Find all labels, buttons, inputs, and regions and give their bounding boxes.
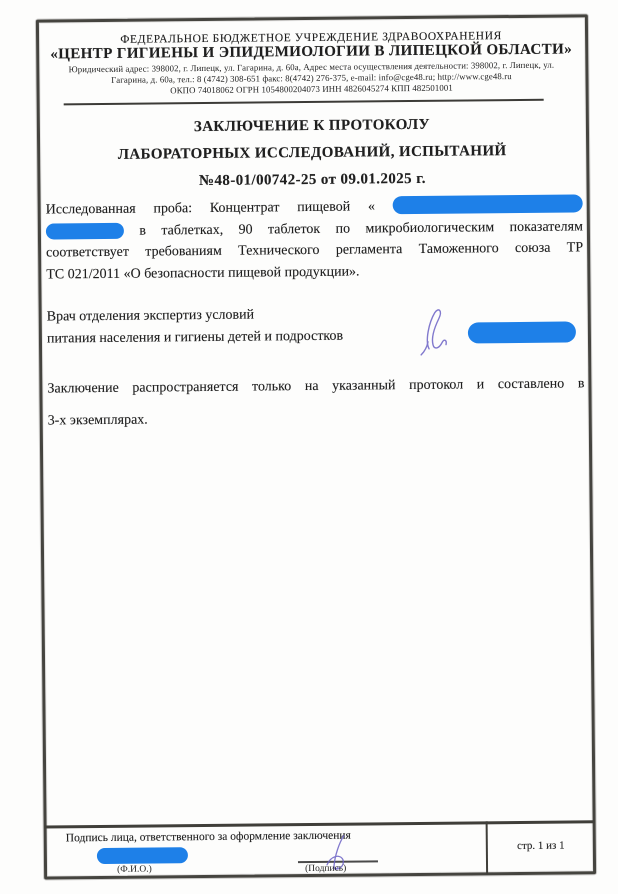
scanned-page: ФЕДЕРАЛЬНОЕ БЮДЖЕТНОЕ УЧРЕЖДЕНИЕ ЗДРАВОО…: [0, 0, 618, 894]
fio-caption: (Ф.И.О.): [117, 865, 152, 875]
conclusion-line-1-text: Исследованная проба: Концентрат пищевой …: [46, 199, 375, 217]
note-line-2: 3-х экземплярах.: [48, 400, 585, 437]
note-paragraph: Заключение распространяется только на ук…: [47, 368, 585, 437]
redaction-box-fio: [97, 847, 188, 864]
note-line-1: Заключение распространяется только на ук…: [47, 368, 584, 405]
redaction-box-product-name-1: [393, 194, 583, 214]
podpis-caption: (Подпись): [305, 864, 346, 874]
handwritten-signature-icon: [415, 305, 463, 357]
conclusion-paragraph: Исследованная проба: Концентрат пищевой …: [46, 194, 584, 286]
signatory-block: Врач отделения экспертиз условий питания…: [47, 303, 447, 350]
conclusion-line-2-text: в таблетках, 90 таблеток по микробиологи…: [139, 219, 583, 238]
redaction-box-product-name-2: [46, 222, 124, 239]
page-number: стр. 1 из 1: [486, 839, 596, 852]
redaction-box-signatory-name: [468, 321, 576, 343]
signatory-role-line-2: питания населения и гигиены детей и подр…: [47, 324, 447, 349]
